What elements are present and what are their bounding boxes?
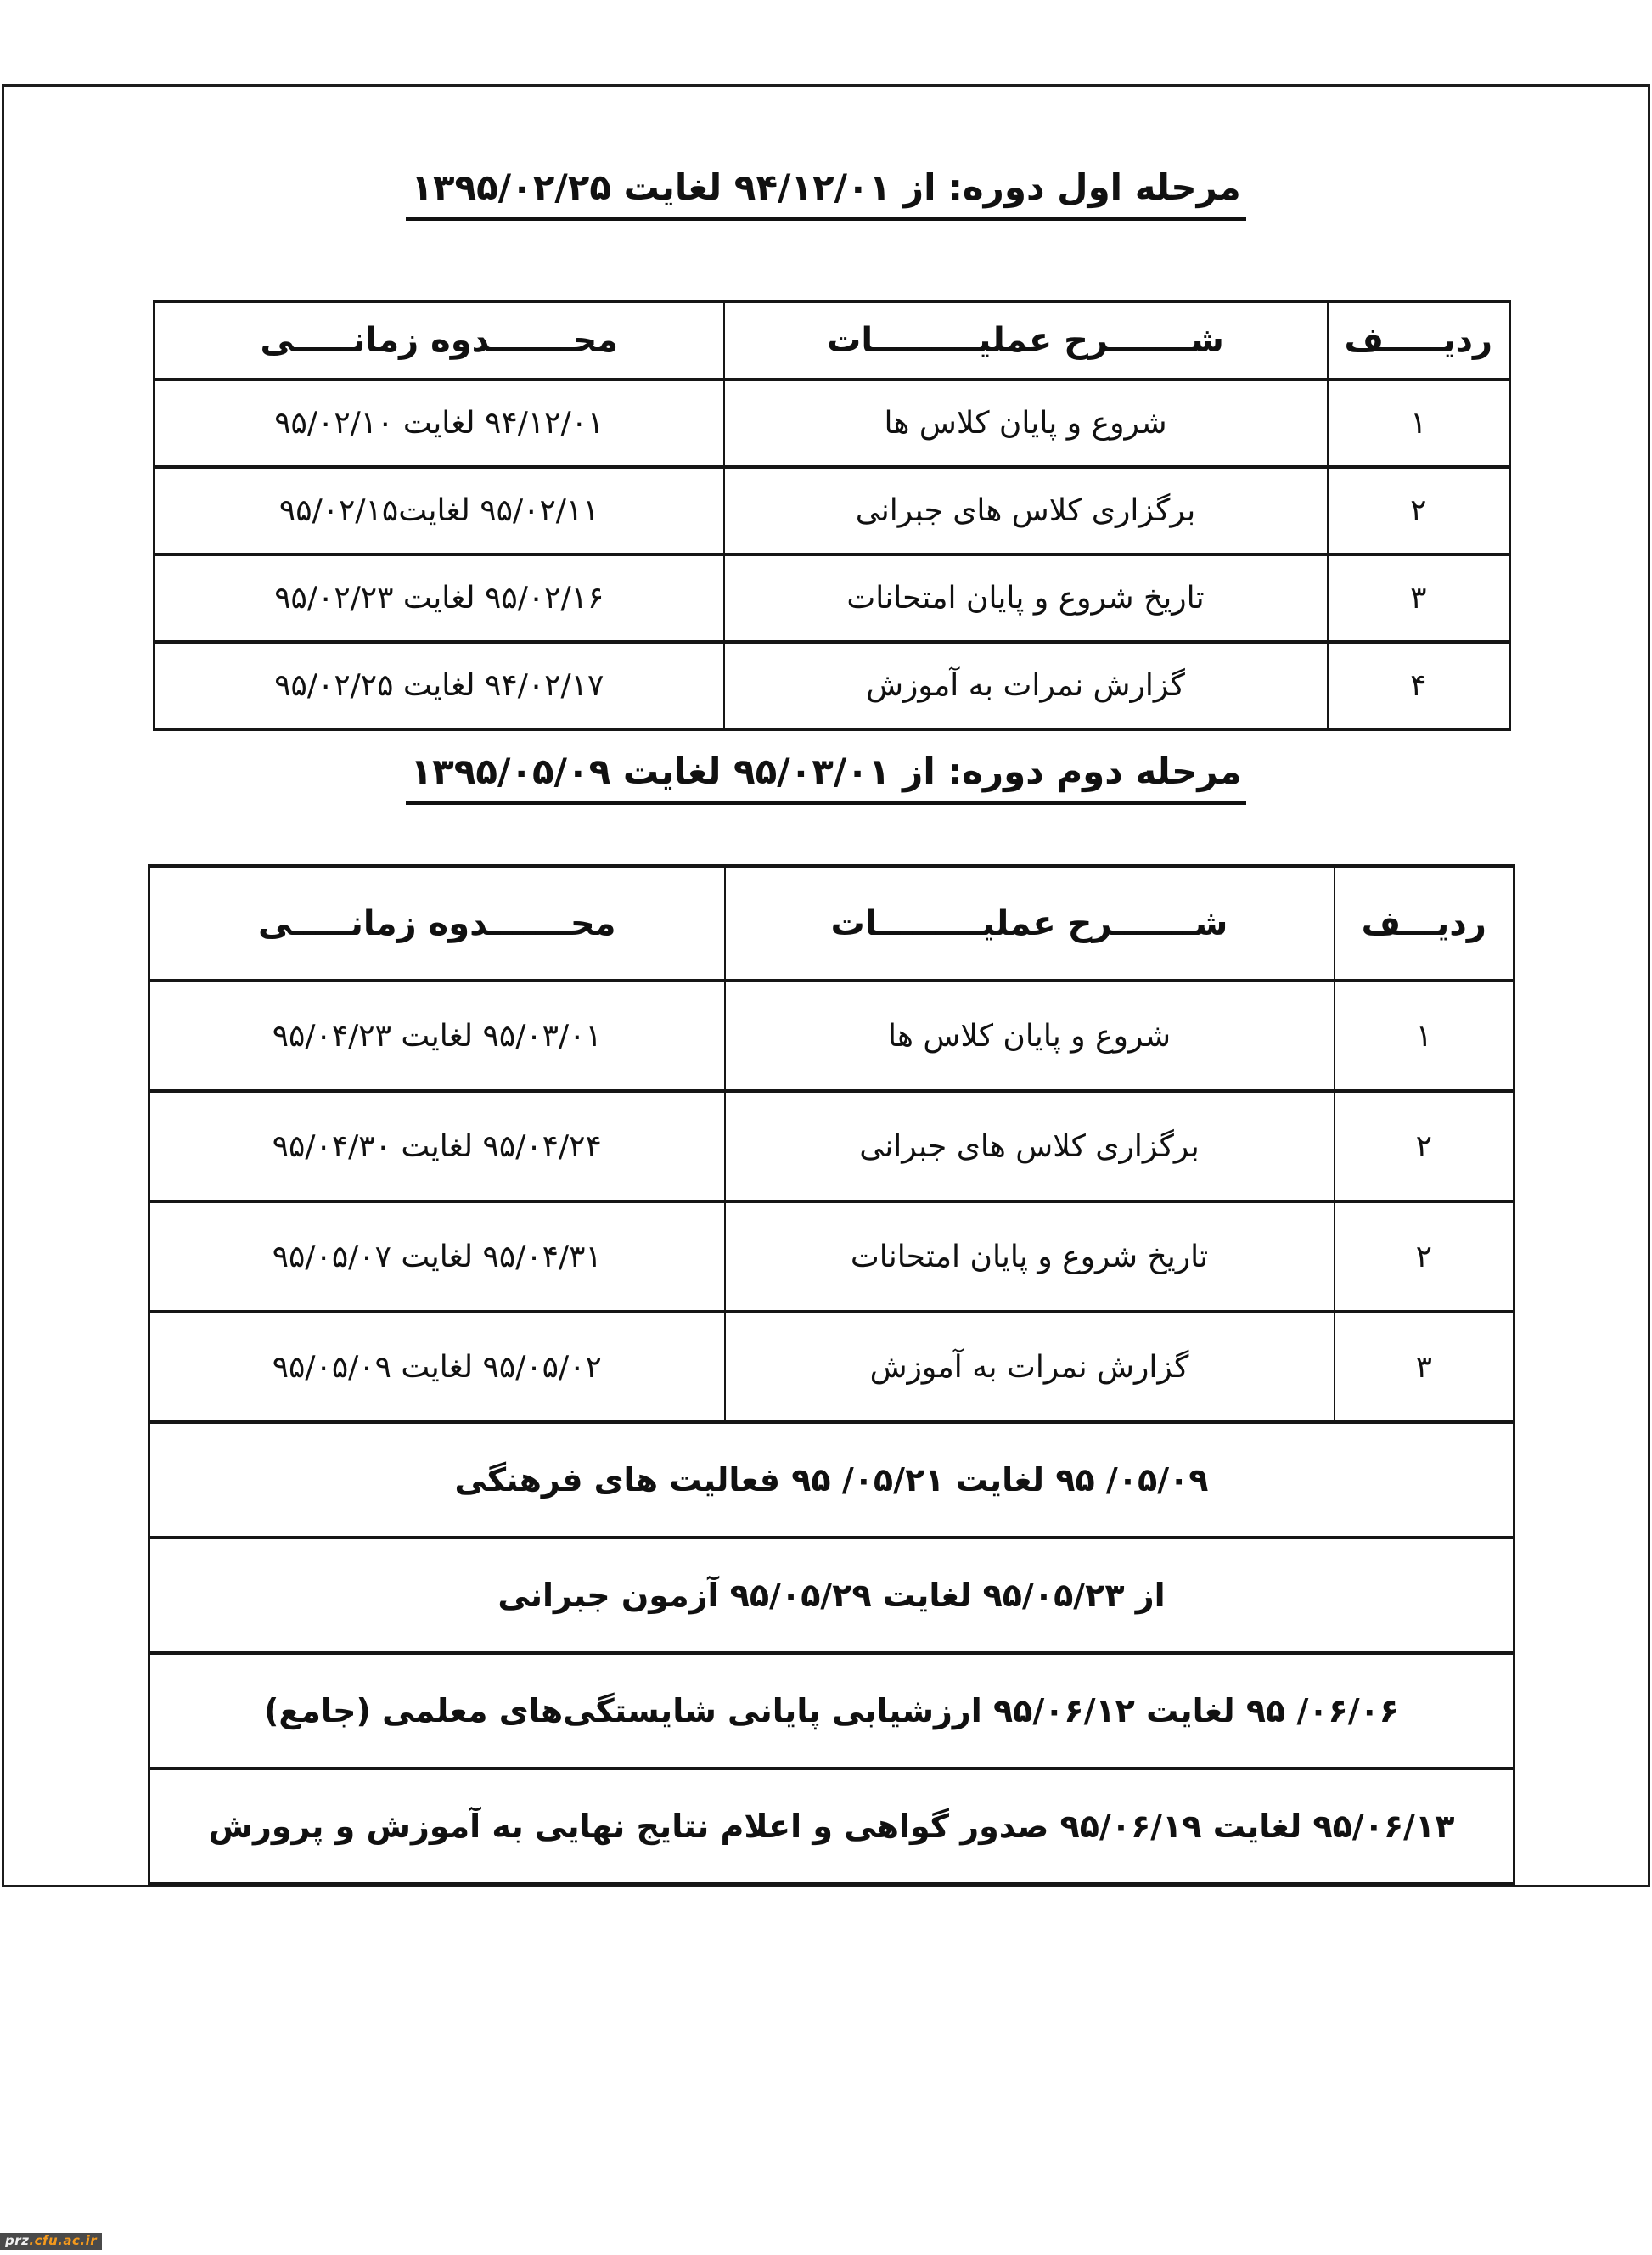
table-row: ۴ گزارش نمرات به آموزش ۹۴/۰۲/۱۷ لغایت ۹۵… — [155, 642, 1510, 729]
stage1-table: ردیـــــف شـــــــرح عملیـــــــــات محـ… — [153, 300, 1511, 731]
row-number-cell: ۴ — [1328, 642, 1510, 729]
stage2-table: ردیـــف شـــــــرح عملیـــــــــات محـــ… — [148, 864, 1515, 1886]
operation-cell: برگزاری کلاس های جبرانی — [724, 467, 1328, 554]
operation-cell: تاریخ شروع و پایان امتحانات — [724, 554, 1328, 642]
watermark-domain: .cfu.ac.ir — [29, 2233, 97, 2248]
timeframe-cell: ۹۵/۰۳/۰۱ لغایت ۹۵/۰۴/۲۳ — [149, 981, 725, 1091]
site-watermark: prz.cfu.ac.ir — [0, 2233, 102, 2250]
column-header-timeframe: محـــــــدوه زمانـــــی — [155, 301, 724, 380]
stage1-title: مرحله اول دوره: از ۹۴/۱۲/۰۱ لغایت ۱۳۹۵/۰… — [406, 166, 1245, 221]
operation-cell: گزارش نمرات به آموزش — [725, 1312, 1335, 1422]
operation-cell: تاریخ شروع و پایان امتحانات — [725, 1201, 1335, 1312]
timeframe-cell: ۹۵/۰۵/۰۲ لغایت ۹۵/۰۵/۰۹ — [149, 1312, 725, 1422]
remedial-exam-note: از ۹۵/۰۵/۲۳ لغایت ۹۵/۰۵/۲۹ آزمون جبرانی — [149, 1538, 1514, 1653]
table-row: ۱ شروع و پایان کلاس ها ۹۵/۰۳/۰۱ لغایت ۹۵… — [149, 981, 1514, 1091]
row-number-cell: ۱ — [1328, 380, 1510, 467]
watermark-prefix: prz — [5, 2233, 29, 2248]
timeframe-cell: ۹۵/۰۴/۳۱ لغایت ۹۵/۰۵/۰۷ — [149, 1201, 725, 1312]
table-row: ۲ تاریخ شروع و پایان امتحانات ۹۵/۰۴/۳۱ ل… — [149, 1201, 1514, 1312]
row-number-cell: ۳ — [1335, 1312, 1514, 1422]
row-number-cell: ۱ — [1335, 981, 1514, 1091]
column-header-operation: شـــــــرح عملیـــــــــات — [725, 866, 1335, 981]
stage2-title: مرحله دوم دوره: از ۹۵/۰۳/۰۱ لغایت ۱۳۹۵/۰… — [406, 751, 1247, 805]
timeframe-cell: ۹۵/۰۴/۲۴ لغایت ۹۵/۰۴/۳۰ — [149, 1091, 725, 1201]
row-number-cell: ۲ — [1328, 467, 1510, 554]
column-header-timeframe: محـــــــدوه زمانـــــی — [149, 866, 725, 981]
stage1-title-row: مرحله اول دوره: از ۹۴/۱۲/۰۱ لغایت ۱۳۹۵/۰… — [0, 166, 1652, 221]
row-number-cell: ۲ — [1335, 1201, 1514, 1312]
row-number-cell: ۳ — [1328, 554, 1510, 642]
merged-note-row: از ۹۵/۰۵/۲۳ لغایت ۹۵/۰۵/۲۹ آزمون جبرانی — [149, 1538, 1514, 1653]
table-row: ۲ برگزاری کلاس های جبرانی ۹۵/۰۲/۱۱ لغایت… — [155, 467, 1510, 554]
operation-cell: شروع و پایان کلاس ها — [725, 981, 1335, 1091]
stage2-header-row: ردیـــف شـــــــرح عملیـــــــــات محـــ… — [149, 866, 1514, 981]
column-header-row-number: ردیـــــف — [1328, 301, 1510, 380]
stage1-header-row: ردیـــــف شـــــــرح عملیـــــــــات محـ… — [155, 301, 1510, 380]
table-row: ۲ برگزاری کلاس های جبرانی ۹۵/۰۴/۲۴ لغایت… — [149, 1091, 1514, 1201]
table-row: ۳ گزارش نمرات به آموزش ۹۵/۰۵/۰۲ لغایت ۹۵… — [149, 1312, 1514, 1422]
column-header-operation: شـــــــرح عملیـــــــــات — [724, 301, 1328, 380]
certificate-results-note: ۹۵/۰۶/۱۳ لغایت ۹۵/۰۶/۱۹ صدور گواهی و اعل… — [149, 1769, 1514, 1884]
operation-cell: شروع و پایان کلاس ها — [724, 380, 1328, 467]
row-number-cell: ۲ — [1335, 1091, 1514, 1201]
operation-cell: برگزاری کلاس های جبرانی — [725, 1091, 1335, 1201]
stage2-title-row: مرحله دوم دوره: از ۹۵/۰۳/۰۱ لغایت ۱۳۹۵/۰… — [0, 751, 1652, 805]
operation-cell: گزارش نمرات به آموزش — [724, 642, 1328, 729]
table-row: ۱ شروع و پایان کلاس ها ۹۴/۱۲/۰۱ لغایت ۹۵… — [155, 380, 1510, 467]
timeframe-cell: ۹۴/۱۲/۰۱ لغایت ۹۵/۰۲/۱۰ — [155, 380, 724, 467]
column-header-row-number: ردیـــف — [1335, 866, 1514, 981]
merged-note-row: ۹۵/۰۶/۱۳ لغایت ۹۵/۰۶/۱۹ صدور گواهی و اعل… — [149, 1769, 1514, 1884]
merged-note-row: ۰۵/۰۹/ ۹۵ لغایت ۰۵/۲۱/ ۹۵ فعالیت های فره… — [149, 1422, 1514, 1538]
final-evaluation-note: ۰۶/۰۶/ ۹۵ لغایت ۹۵/۰۶/۱۲ ارزشیابی پایانی… — [149, 1653, 1514, 1769]
merged-note-row: ۰۶/۰۶/ ۹۵ لغایت ۹۵/۰۶/۱۲ ارزشیابی پایانی… — [149, 1653, 1514, 1769]
cultural-activities-note: ۰۵/۰۹/ ۹۵ لغایت ۰۵/۲۱/ ۹۵ فعالیت های فره… — [149, 1422, 1514, 1538]
timeframe-cell: ۹۵/۰۲/۱۶ لغایت ۹۵/۰۲/۲۳ — [155, 554, 724, 642]
timeframe-cell: ۹۵/۰۲/۱۱ لغایت۹۵/۰۲/۱۵ — [155, 467, 724, 554]
table-row: ۳ تاریخ شروع و پایان امتحانات ۹۵/۰۲/۱۶ ل… — [155, 554, 1510, 642]
timeframe-cell: ۹۴/۰۲/۱۷ لغایت ۹۵/۰۲/۲۵ — [155, 642, 724, 729]
document-page: مرحله اول دوره: از ۹۴/۱۲/۰۱ لغایت ۱۳۹۵/۰… — [0, 0, 1652, 2255]
